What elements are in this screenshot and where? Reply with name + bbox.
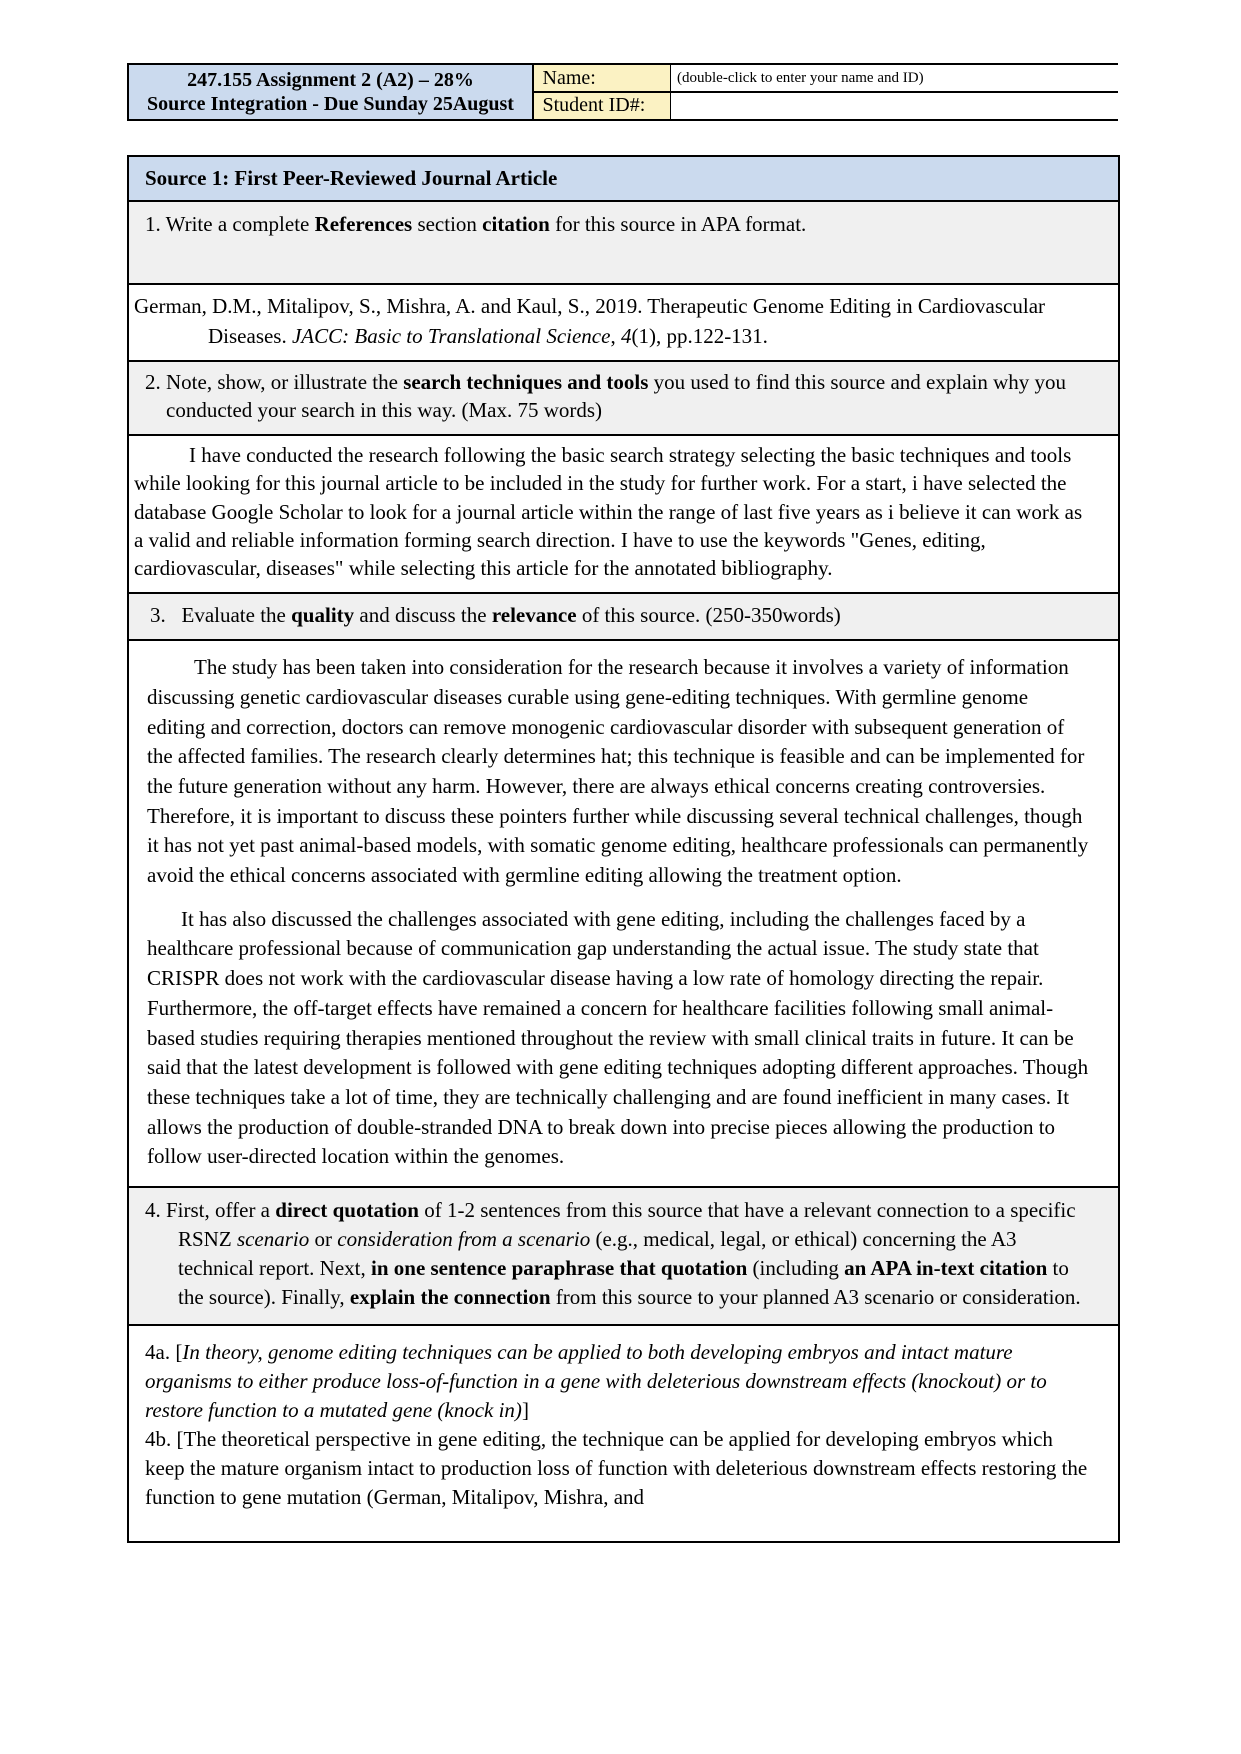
answer-2-text: I have conducted the research following … [134,441,1096,583]
question-2: 2. Note, show, or illustrate the search … [129,362,1118,434]
student-id-input-cell[interactable] [671,93,1119,119]
answer-4a-text: 4a. [In theory, genome editing technique… [145,1338,1096,1425]
name-label: Name: [543,67,596,90]
question-3-text: 3. Evaluate the quality and discuss the … [150,602,1094,629]
document-page: 247.155 Assignment 2 (A2) – 28% Source I… [0,0,1241,1754]
student-id-label: Student ID#: [543,94,646,117]
citation-text: German, D.M., Mitalipov, S., Mishra, A. … [134,291,1096,351]
source1-title: Source 1: First Peer-Reviewed Journal Ar… [145,166,557,190]
question-1-text: 1. Write a complete References section c… [145,211,1094,238]
student-id-label-cell: Student ID#: [534,93,670,119]
assignment-title-line2: Source Integration - Due Sunday 25August [147,92,514,116]
question-4-text: 4. First, offer a direct quotation of 1-… [145,1196,1094,1312]
answer-4-cell[interactable]: 4a. [In theory, genome editing technique… [129,1326,1118,1541]
assignment-header-table: 247.155 Assignment 2 (A2) – 28% Source I… [127,63,1118,121]
answer-1-citation-cell[interactable]: German, D.M., Mitalipov, S., Mishra, A. … [129,285,1118,360]
assignment-title-line1: 247.155 Assignment 2 (A2) – 28% [187,68,474,92]
answer-3-paragraph-1: The study has been taken into considerat… [147,653,1090,891]
assignment-title-cell: 247.155 Assignment 2 (A2) – 28% Source I… [129,65,532,119]
answer-3-paragraph-2: It has also discussed the challenges ass… [147,905,1090,1172]
question-1: 1. Write a complete References section c… [129,202,1118,283]
source1-table: Source 1: First Peer-Reviewed Journal Ar… [127,155,1120,1543]
question-3: 3. Evaluate the quality and discuss the … [129,594,1118,639]
name-placeholder: (double-click to enter your name and ID) [677,70,924,87]
question-4: 4. First, offer a direct quotation of 1-… [129,1188,1118,1324]
name-input-cell[interactable]: (double-click to enter your name and ID) [671,65,1119,91]
answer-2-cell[interactable]: I have conducted the research following … [129,436,1118,592]
question-2-text: 2. Note, show, or illustrate the search … [145,369,1094,425]
source1-section-header: Source 1: First Peer-Reviewed Journal Ar… [129,157,1118,200]
name-label-cell: Name: [534,65,670,91]
answer-3-cell[interactable]: The study has been taken into considerat… [129,641,1118,1186]
answer-4b-text: 4b. [The theoretical perspective in gene… [145,1425,1096,1512]
